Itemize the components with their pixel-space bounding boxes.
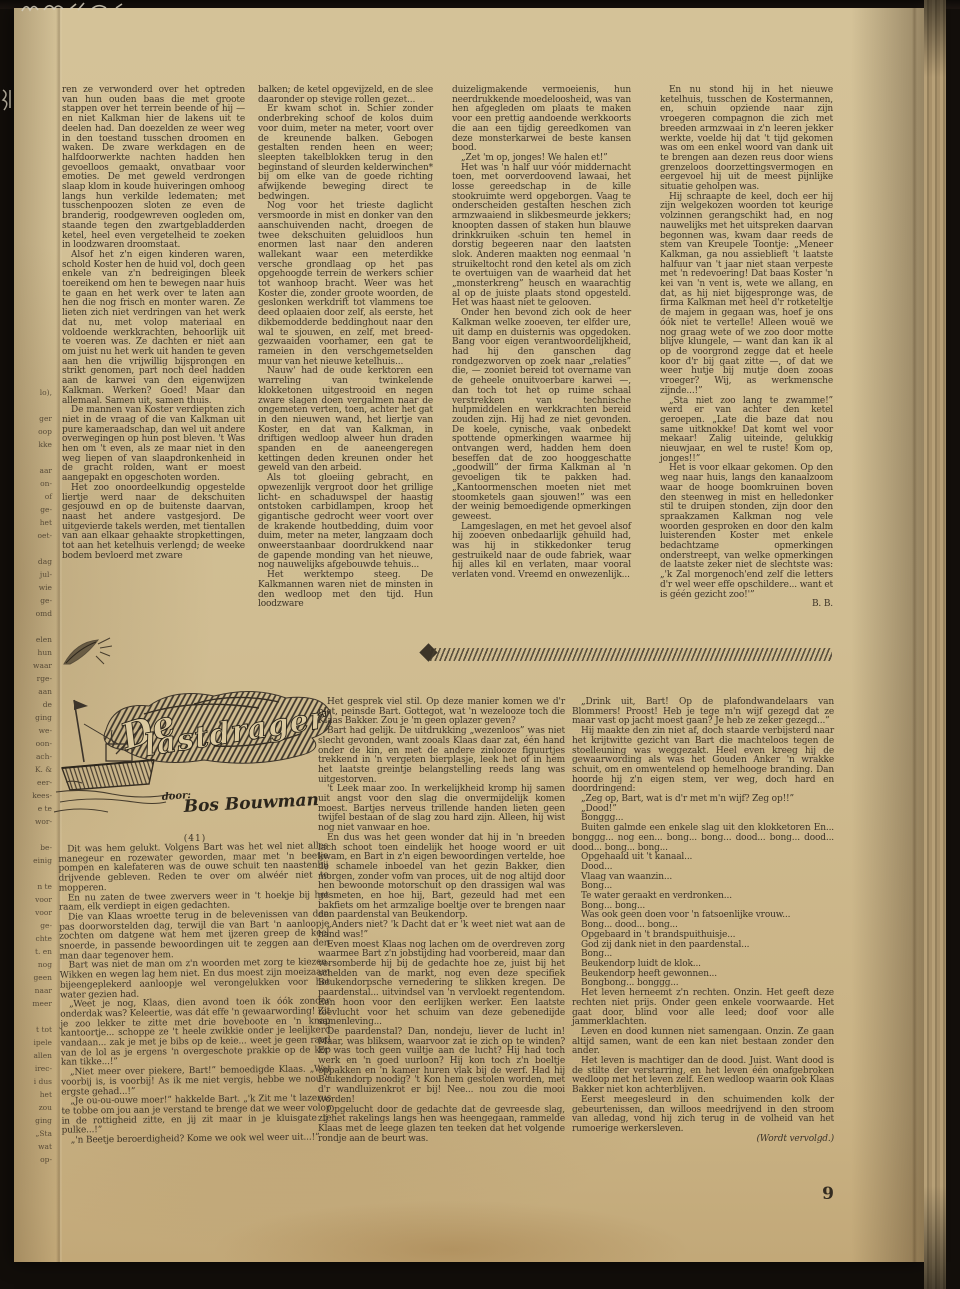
paragraph: [14, 360, 52, 373]
paragraph: Het werktempo steeg. De Kalkmannen waren…: [258, 571, 433, 610]
paragraph: [14, 1010, 52, 1023]
paragraph: chte: [14, 932, 52, 945]
paragraph: „Weet je nog, Klaas, dien avond toen ik …: [60, 998, 331, 1069]
paragraph: hun: [14, 646, 52, 659]
paragraph: Lamgeslagen, en met het gevoel alsof hij…: [452, 523, 631, 581]
top-edge-scribble: [18, 0, 168, 19]
paragraph: zou: [14, 1101, 52, 1114]
stacked-page-edges: [924, 0, 946, 1289]
paragraph: eer-: [14, 776, 52, 789]
paragraph: aar: [14, 464, 52, 477]
paragraph: rge-: [14, 672, 52, 685]
paragraph: Buiten galmde een enkele slag uit den kl…: [572, 824, 834, 853]
paragraph: voor: [14, 906, 52, 919]
paragraph: het: [14, 1088, 52, 1101]
paragraph: de: [14, 698, 52, 711]
fold-text-fragments: lo),geroopkkeaaron-ofge-hetoet-dagjul-wi…: [14, 360, 52, 1166]
paragraph: of: [14, 490, 52, 503]
paragraph: En dus was het geen wonder dat hij in 'n…: [318, 834, 565, 921]
left-edge-mark: [0, 86, 14, 120]
paragraph: Hij maakte den zin niet af, doch staarde…: [572, 727, 834, 795]
paragraph: Bart was niet de man om z'n woorden met …: [60, 959, 330, 1001]
paragraph: voor: [14, 893, 52, 906]
paragraph: Het was 'n half uur vóór middernacht toe…: [452, 164, 631, 310]
story-header-illustration: De lastdrager door: Bos Bouwman: [54, 684, 336, 834]
paragraph: elen: [14, 633, 52, 646]
paragraph: ipele: [14, 1036, 52, 1049]
paragraph: [14, 399, 52, 412]
paragraph: Nog voor het trieste daglicht versmoorde…: [258, 202, 433, 367]
page-curl-crease: [912, 8, 917, 1262]
paragraph: op-: [14, 1153, 52, 1166]
paragraph: kees-: [14, 789, 52, 802]
paragraph: ge-: [14, 503, 52, 516]
paragraph: Nauw' had de oude kerktoren een warrelin…: [258, 367, 433, 474]
section-divider-hatching: [430, 648, 832, 661]
paragraph: B. B.: [660, 600, 833, 610]
paragraph: meer: [14, 997, 52, 1010]
page-number: 9: [792, 1184, 834, 1204]
story-column-c: „Drink uit, Bart! Op de plafondwandelaar…: [572, 698, 834, 1144]
paragraph: het: [14, 516, 52, 529]
paragraph: Als tot gloeiing gebracht, en opwezenlij…: [258, 474, 433, 571]
paragraph: ge-: [14, 594, 52, 607]
paragraph: omd: [14, 607, 52, 620]
story-column-a: Dit was hem gelukt. Volgens Bart was het…: [58, 842, 332, 1146]
paragraph: „Niet meer over piekere, Bart!” bemoedig…: [61, 1066, 331, 1098]
paragraph: En nu stond hij in het nieuwe ketelhuis,…: [660, 86, 833, 193]
leaf-ornament: [58, 634, 112, 678]
paragraph: ren ze verwonderd over het optreden van …: [62, 86, 245, 251]
paragraph: „Je ou-ou-ouwe moer!” hakkelde Bart. „'k…: [61, 1095, 331, 1137]
paragraph: Er kwam schot in. Schier zonder onderbre…: [258, 105, 433, 202]
paragraph: t tot: [14, 1023, 52, 1036]
paragraph: „Sta: [14, 1127, 52, 1140]
scanned-magazine-page: { "page": { "number": "9", "continuation…: [0, 0, 960, 1289]
paragraph: „Anders niet? 'k Dacht dat er 'k weet ni…: [318, 921, 565, 940]
paragraph: n te: [14, 880, 52, 893]
story-column-1: ren ze verwonderd over het optreden van …: [62, 86, 245, 561]
paragraph: [14, 373, 52, 386]
paragraph: jul-: [14, 568, 52, 581]
paragraph: [14, 451, 52, 464]
paragraph: duizeligmakende vermoeienis, hun neerdru…: [452, 86, 631, 154]
paragraph: Eerst meegesleurd in den schuimenden kol…: [572, 1096, 834, 1135]
paragraph: aan: [14, 685, 52, 698]
paragraph: K. &: [14, 763, 52, 776]
paragraph: oon-: [14, 737, 52, 750]
author-signature: Bos Bouwman: [182, 790, 319, 817]
paragraph: we-: [14, 724, 52, 737]
paragraph: wat: [14, 1140, 52, 1153]
paragraph: Het zoo onoordeelkundig opgestelde liert…: [62, 484, 245, 562]
paragraph: naar: [14, 984, 52, 997]
paragraph: dag: [14, 555, 52, 568]
paragraph: „Sta niet zoo lang te zwamme!” werd er v…: [660, 397, 833, 465]
paragraph: Alsof het z'n eigen kinderen waren, scho…: [62, 251, 245, 406]
paragraph: ging: [14, 1114, 52, 1127]
paragraph: Die van Klaas wroette terug in de beleve…: [59, 910, 330, 962]
paragraph: Leven en dood kunnen niet samengaan. Onz…: [572, 1028, 834, 1057]
paragraph: Even moest Klaas nog lachen om de overdr…: [318, 941, 565, 1028]
paragraph: ging: [14, 711, 52, 724]
paragraph: einig: [14, 854, 52, 867]
paragraph: wie: [14, 581, 52, 594]
paragraph: [14, 542, 52, 555]
paragraph: Het gesprek viel stil. Op deze manier ko…: [318, 698, 565, 727]
paragraph: Onder hen bevond zich ook de heer Kalkma…: [452, 309, 631, 522]
paragraph: ge-: [14, 919, 52, 932]
paragraph: 't Leek maar zoo. In werkelijkheid kromp…: [318, 785, 565, 834]
paragraph: Bart had gelijk. De uitdrukking „wezenlo…: [318, 727, 565, 785]
paragraph: be-: [14, 841, 52, 854]
paragraph: „'n Beetje beroerdigheid? Kome we ook we…: [62, 1133, 332, 1146]
paragraph: Het leven herneemt z'n rechten. Onzin. H…: [572, 989, 834, 1028]
paragraph: allen: [14, 1049, 52, 1062]
story-column-b: Het gesprek viel stil. Op deze manier ko…: [318, 698, 565, 1144]
paragraph: De mannen van Koster verdiepten zich nie…: [62, 406, 245, 484]
story-column-3: duizeligmakende vermoeienis, hun neerdru…: [452, 86, 631, 581]
paragraph: on-: [14, 477, 52, 490]
paragraph: De paardenstal? Dan, nondeju, liever de …: [318, 1028, 565, 1106]
paragraph: e te: [14, 802, 52, 815]
paragraph: Hij schraapte de keel, doch eer hij zijn…: [660, 193, 833, 397]
paragraph: oet-: [14, 529, 52, 542]
paragraph: ger: [14, 412, 52, 425]
paragraph: t. en: [14, 945, 52, 958]
paragraph: [14, 620, 52, 633]
paragraph: kke: [14, 438, 52, 451]
paragraph: wor-: [14, 815, 52, 828]
paragraph: irec-: [14, 1062, 52, 1075]
paragraph: (Wordt vervolgd.): [572, 1135, 834, 1145]
story-column-4: En nu stond hij in het nieuwe ketelhuis,…: [660, 86, 833, 610]
paragraph: waar: [14, 659, 52, 672]
paragraph: Dit was hem gelukt. Volgens Bart was het…: [58, 842, 329, 894]
paragraph: nog: [14, 958, 52, 971]
paragraph: balken; de ketel opgevijzeld, en de slee…: [258, 86, 433, 105]
paragraph: Opgelucht door de gedachte dat de gevree…: [318, 1106, 565, 1145]
paragraph: [14, 828, 52, 841]
paragraph: geen: [14, 971, 52, 984]
paragraph: ach-: [14, 750, 52, 763]
paragraph: Het is voor elkaar gekomen. Op den weg n…: [660, 464, 833, 600]
paragraph: oop: [14, 425, 52, 438]
story-column-2: balken; de ketel opgevijzeld, en de slee…: [258, 86, 433, 610]
paragraph: „Drink uit, Bart! Op de plafondwandelaar…: [572, 698, 834, 727]
paragraph: i dus: [14, 1075, 52, 1088]
paragraph: Het leven is machtiger dan de dood. Juis…: [572, 1057, 834, 1096]
newspaper-page: lo),geroopkkeaaron-ofge-hetoet-dagjul-wi…: [14, 8, 924, 1262]
paragraph: [14, 867, 52, 880]
paragraph: lo),: [14, 386, 52, 399]
